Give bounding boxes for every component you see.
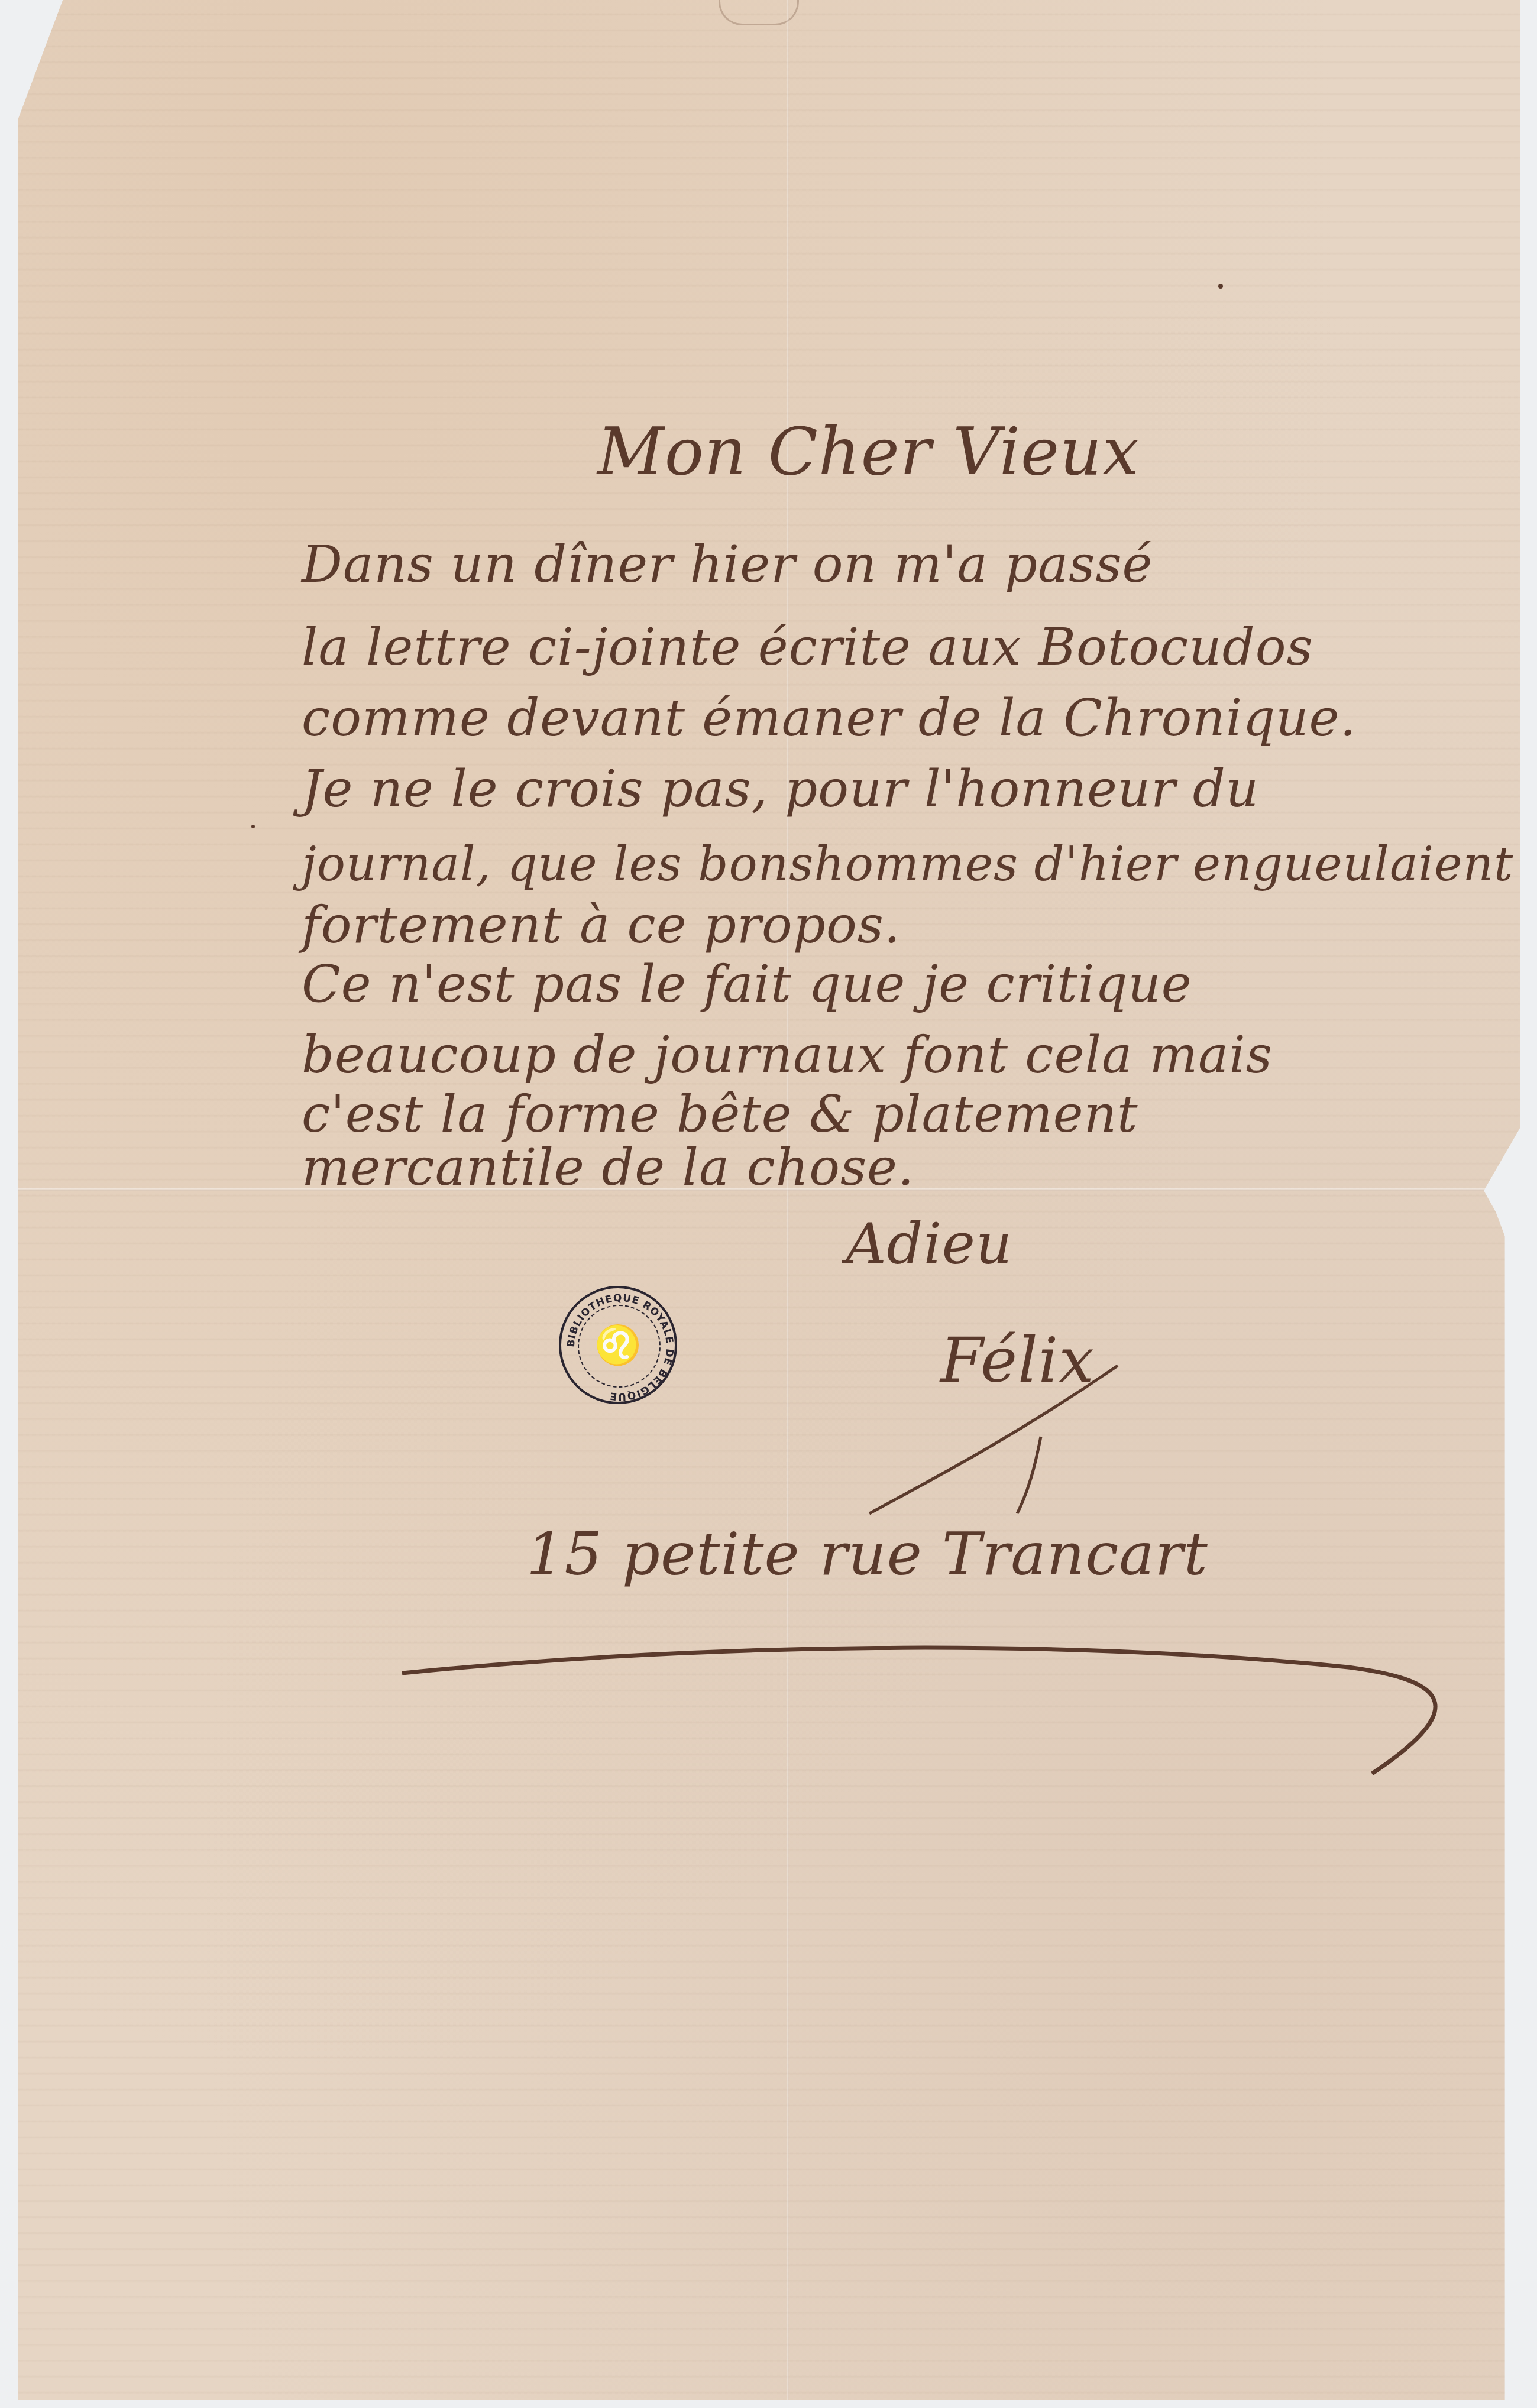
body-line: c'est la forme bête & platement — [302, 1085, 1138, 1144]
body-line: Je ne le crois pas, pour l'honneur du — [302, 760, 1259, 819]
signature-flourish — [858, 1342, 1130, 1519]
salutation: Mon Cher Vieux — [597, 414, 1140, 490]
body-line: Ce n'est pas le fait que je critique — [302, 955, 1192, 1014]
vertical-fold-crease — [787, 0, 789, 2400]
body-line: la lettre ci-jointe écrite aux Botocudos — [302, 618, 1313, 677]
letter-sheet: Mon Cher Vieux Dans un dîner hier on m'a… — [18, 0, 1520, 2400]
body-line: comme devant émaner de la Chronique. — [302, 689, 1357, 748]
body-line: beaucoup de journaux font cela mais — [302, 1026, 1273, 1085]
address: 15 petite rue Trancart — [526, 1519, 1208, 1589]
body-line: fortement à ce propos. — [302, 896, 901, 955]
body-line: journal, que les bonshommes d'hier engue… — [302, 837, 1513, 892]
ink-dot — [251, 825, 255, 828]
closing: Adieu — [846, 1212, 1012, 1277]
closing-underline-flourish — [402, 1632, 1473, 1785]
library-stamp: BIBLIOTHEQUE ROYALE DE BELGIQUE ♌ — [559, 1286, 677, 1404]
body-line: mercantile de la chose. — [302, 1138, 914, 1197]
body-line: Dans un dîner hier on m'a passé — [302, 535, 1153, 594]
ink-dot — [1218, 284, 1223, 289]
lion-emblem-icon: ♌ — [561, 1288, 675, 1402]
